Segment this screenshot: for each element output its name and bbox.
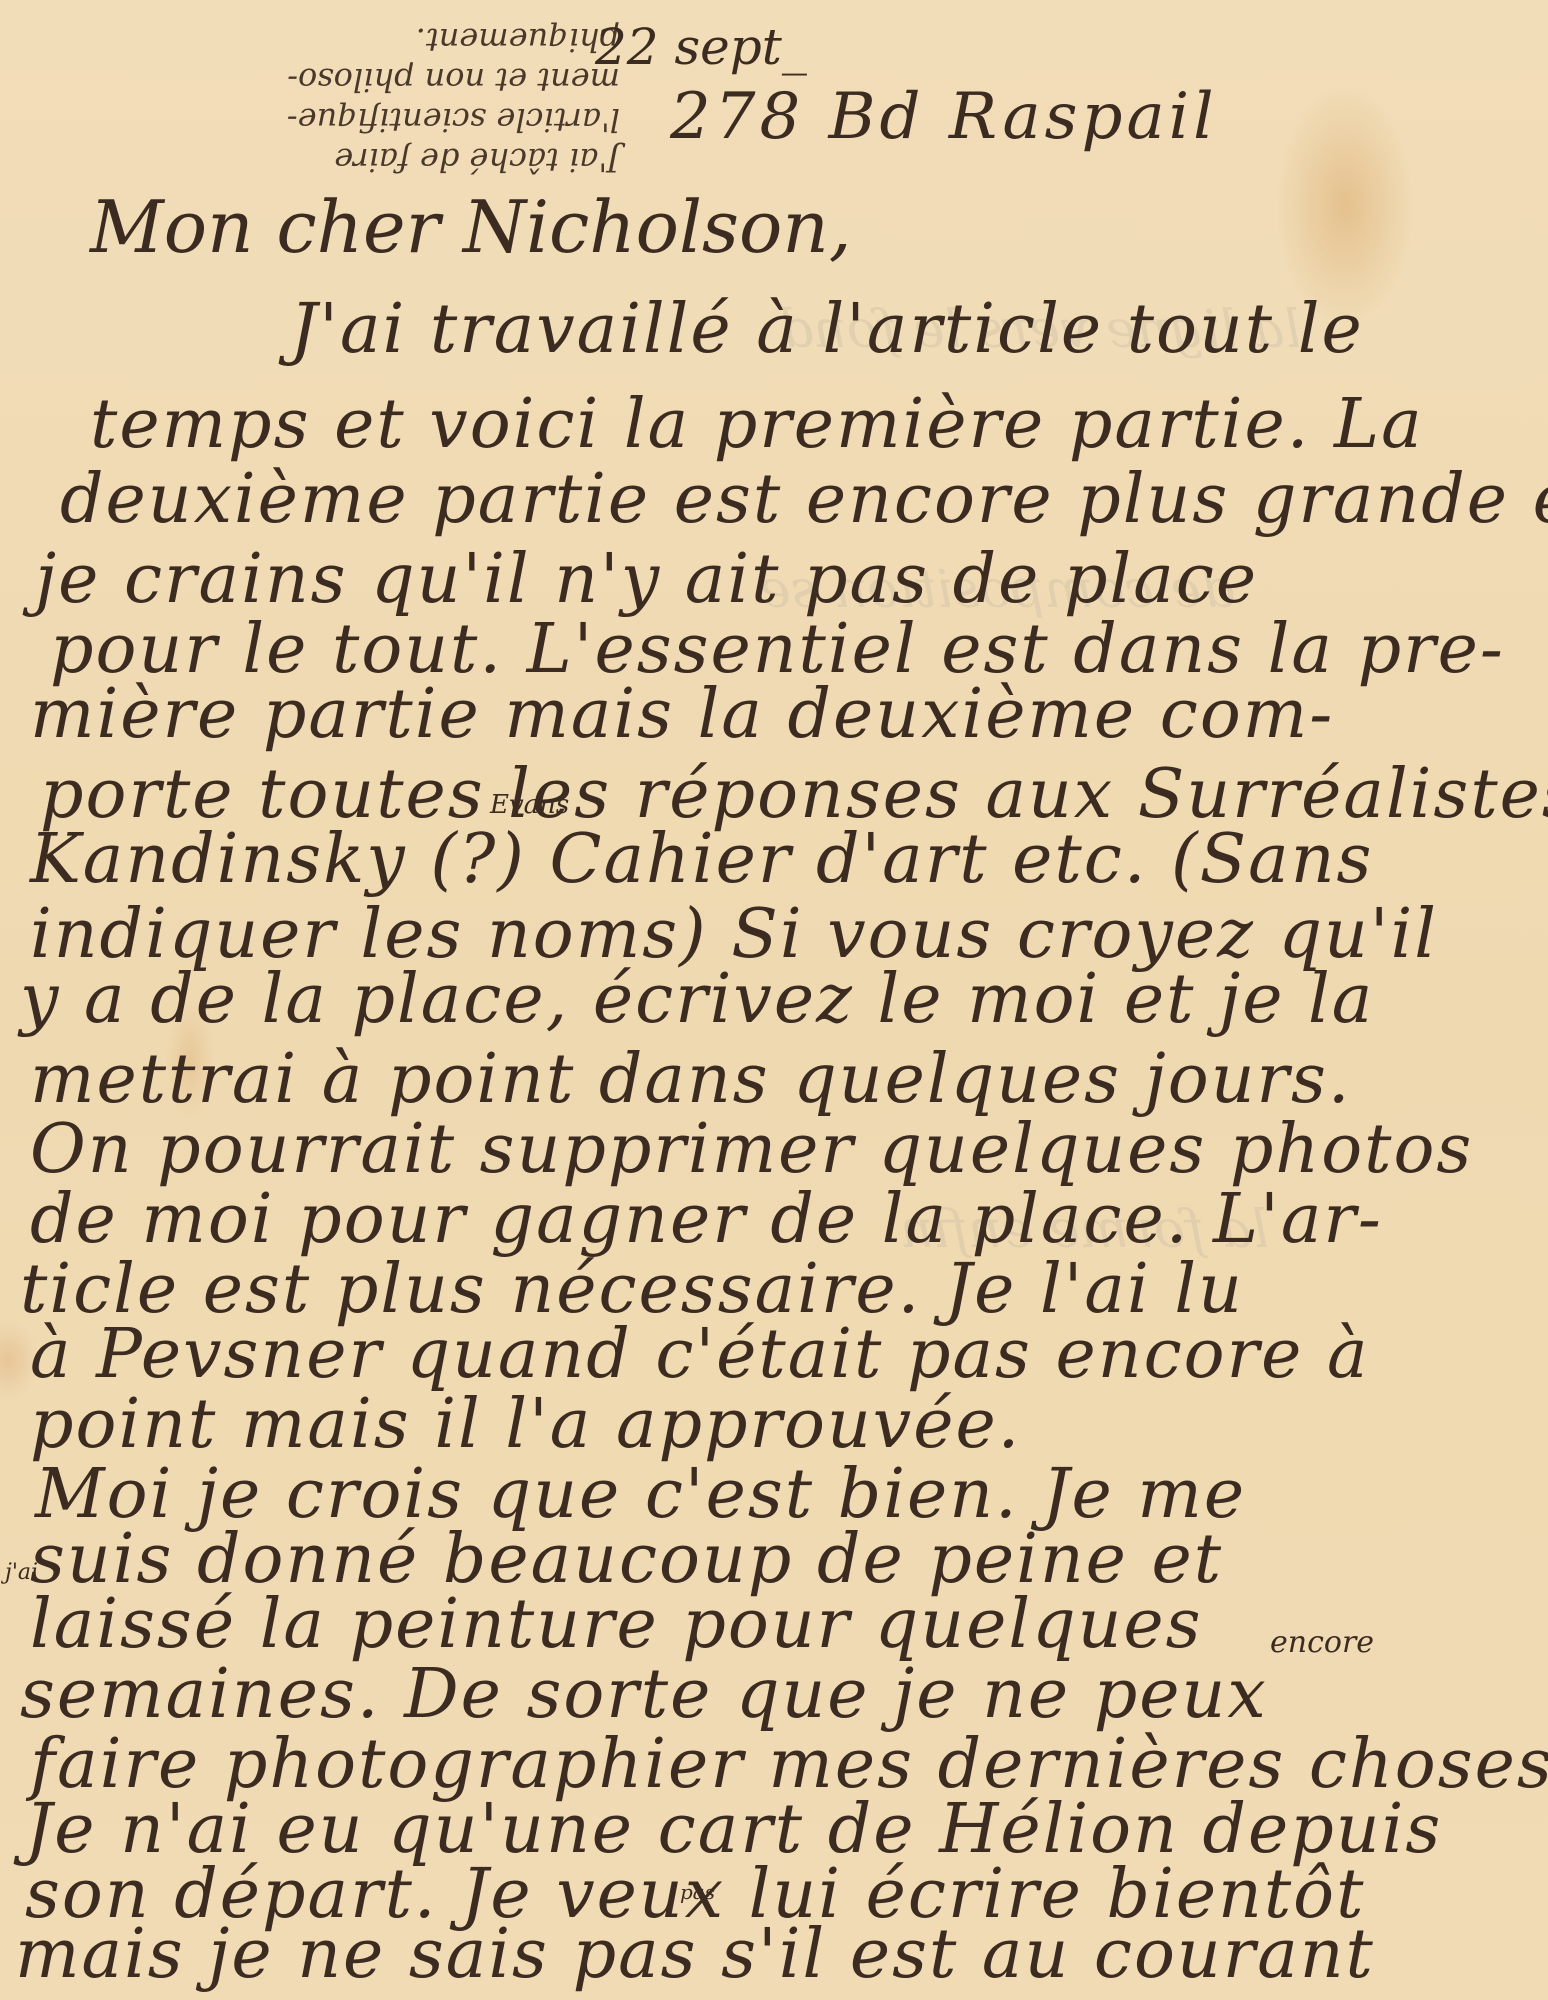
body-line: laissé la peinture pour quelques — [30, 1585, 1203, 1664]
body-line: je crains qu'il n'y ait pas de place — [35, 540, 1258, 619]
insert-pas: pas — [680, 1880, 715, 1904]
body-line: On pourrait supprimer quelques photos — [30, 1110, 1473, 1189]
body-line: à Pevsner quand c'était pas encore à — [30, 1315, 1370, 1394]
note-line: J'ai tâché de faire — [200, 140, 620, 180]
letter-date: 22 sept_ — [595, 18, 807, 76]
body-line: semaines. De sorte que je ne peux — [20, 1655, 1268, 1734]
body-line: J'ai travaillé à l'article tout le — [290, 290, 1364, 369]
note-line: ment et non philoso- — [200, 60, 620, 100]
body-line: mettrai à point dans quelques jours. — [30, 1040, 1352, 1119]
body-line: temps et voici la première partie. La — [90, 385, 1424, 464]
letter-address: 278 Bd Raspail — [670, 80, 1218, 154]
body-line: Kandinsky (?) Cahier d'art etc. (Sans — [30, 820, 1373, 899]
upside-down-note: J'ai tâché de faire l'article scientifiq… — [200, 20, 620, 180]
insert-encore: encore — [1270, 1625, 1374, 1660]
insert-jai: j'ai — [5, 1560, 38, 1585]
body-line: deuxième partie est encore plus grande e… — [60, 460, 1548, 539]
body-line: y a de la place, écrivez le moi et je la — [20, 960, 1374, 1039]
body-line: point mais il l'a approuvée. — [30, 1385, 1021, 1464]
note-line: phiquement. — [200, 20, 620, 60]
letter-salutation: Mon cher Nicholson, — [90, 185, 852, 269]
body-line: mière partie mais la deuxième com- — [30, 675, 1334, 754]
insert-evans: Evans — [490, 790, 569, 820]
note-line: l'article scientifique- — [200, 100, 620, 140]
body-line: mais je ne sais pas s'il est au courant — [15, 1915, 1375, 1994]
body-line: de moi pour gagner de la place. L'ar- — [30, 1180, 1383, 1259]
